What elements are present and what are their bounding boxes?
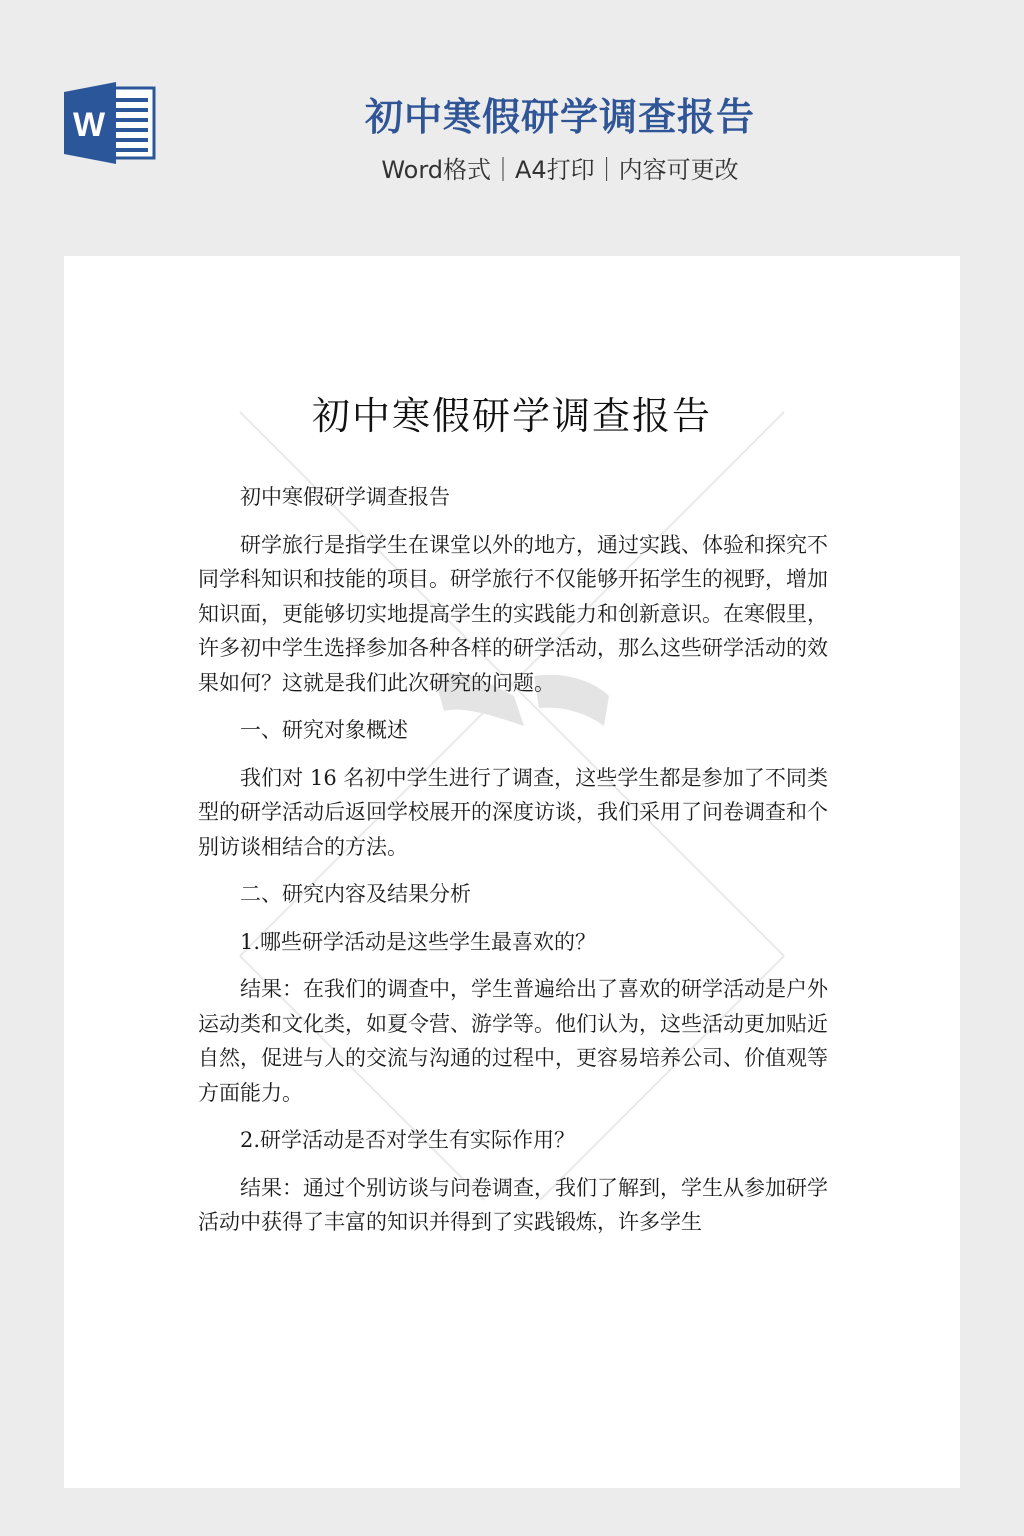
document-body: 初中寒假研学调查报告 研学旅行是指学生在课堂以外的地方，通过实践、体验和探究不同… <box>198 480 828 1253</box>
document-title: 初中寒假研学调查报告 <box>64 388 960 444</box>
document-page: 初中寒假研学调查报告 初中寒假研学调查报告 研学旅行是指学生在课堂以外的地方，通… <box>64 256 960 1488</box>
section-heading-1: 一、研究对象概述 <box>198 713 828 748</box>
header-title: 初中寒假研学调查报告 <box>340 92 780 142</box>
header-subtitle: Word格式｜A4打印｜内容可更改 <box>340 152 780 188</box>
word-document-icon: W <box>64 80 156 164</box>
svg-text:W: W <box>73 106 106 144</box>
result-1-paragraph: 结果：在我们的调查中，学生普遍给出了喜欢的研学活动是户外运动类和文化类，如夏令营… <box>198 972 828 1110</box>
preview-header: W 初中寒假研学调查报告 Word格式｜A4打印｜内容可更改 <box>0 0 1024 256</box>
doc-subtitle-paragraph: 初中寒假研学调查报告 <box>198 480 828 515</box>
intro-paragraph: 研学旅行是指学生在课堂以外的地方，通过实践、体验和探究不同学科知识和技能的项目。… <box>198 528 828 701</box>
section-1-paragraph: 我们对 16 名初中学生进行了调查，这些学生都是参加了不同类型的研学活动后返回学… <box>198 761 828 865</box>
result-2-paragraph: 结果：通过个别访谈与问卷调查，我们了解到，学生从参加研学活动中获得了丰富的知识并… <box>198 1171 828 1240</box>
section-heading-2: 二、研究内容及结果分析 <box>198 877 828 912</box>
question-2: 2.研学活动是否对学生有实际作用？ <box>198 1123 828 1158</box>
question-1: 1.哪些研学活动是这些学生最喜欢的？ <box>198 925 828 960</box>
